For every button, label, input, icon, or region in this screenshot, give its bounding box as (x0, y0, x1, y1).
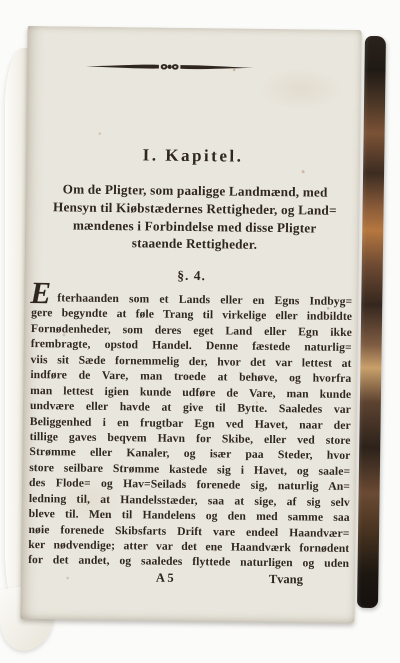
book-fore-edge (357, 36, 386, 608)
catchword: Tvang (269, 572, 303, 587)
book-page: I. Kapitel. Om de Pligter, som paaligge … (20, 26, 361, 623)
chapter-heading: I. Kapitel. (26, 144, 360, 168)
chapter-subtitle: Om de Pligter, som paaligge Landmænd, me… (36, 180, 354, 255)
body-text: E fterhaanden som et Lands eller en Egns… (28, 290, 352, 572)
drop-cap: E (30, 277, 51, 308)
page-footer: A 5 Tvang (28, 569, 349, 589)
book-photo: I. Kapitel. Om de Pligter, som paaligge … (0, 0, 400, 663)
chapter-divider-ornament-icon (79, 59, 260, 75)
chapter-subtitle-line: staaende Rettigheder. (36, 233, 353, 255)
signature-mark: A 5 (156, 571, 174, 586)
section-mark: §. 4. (25, 266, 359, 286)
